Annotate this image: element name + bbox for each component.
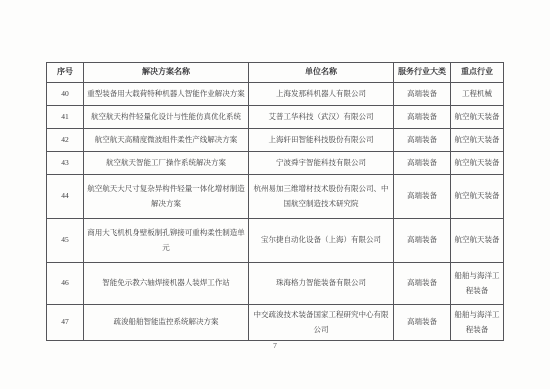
cell-no: 42 xyxy=(47,128,84,151)
cell-category: 高端装备 xyxy=(394,82,451,105)
cell-category: 高端装备 xyxy=(394,218,451,262)
table-row: 47疏浚船舶智能监控系统解决方案中交疏浚技术装备国家工程研究中心有限公司高端装备… xyxy=(47,304,504,340)
table-row: 45商用大飞机机身壁板制孔铆接可重构柔性制造单元宝尔捷自动化设备（上海）有限公司… xyxy=(47,218,504,262)
table-row: 46智能免示教六轴焊接机器人装焊工作站珠海格力智能装备有限公司高端装备船舶与海洋… xyxy=(47,262,504,304)
cell-solution: 航空航天构件轻量化设计与性能仿真优化系统 xyxy=(84,105,249,128)
cell-industry: 航空航天装备 xyxy=(451,128,504,151)
cell-solution: 商用大飞机机身壁板制孔铆接可重构柔性制造单元 xyxy=(84,218,249,262)
cell-category: 高端装备 xyxy=(394,262,451,304)
cell-no: 47 xyxy=(47,304,84,340)
cell-no: 40 xyxy=(47,82,84,105)
header-cell: 解决方案名称 xyxy=(84,63,249,83)
cell-industry: 航空航天装备 xyxy=(451,105,504,128)
cell-category: 高端装备 xyxy=(394,128,451,151)
table-row: 42航空航天高精度微波组件柔性产线解决方案上海轩田智能科技股份有限公司高端装备航… xyxy=(47,128,504,151)
document-page: 序号解决方案名称单位名称服务行业大类重点行业 40重型装备用大载荷特种机器人智能… xyxy=(0,0,550,389)
cell-unit: 上海发那科机器人有限公司 xyxy=(249,82,394,105)
cell-solution: 智能免示教六轴焊接机器人装焊工作站 xyxy=(84,262,249,304)
cell-unit: 杭州易加三维增材技术股份有限公司、中国航空制造技术研究院 xyxy=(249,174,394,218)
table-row: 40重型装备用大载荷特种机器人智能作业解决方案上海发那科机器人有限公司高端装备工… xyxy=(47,82,504,105)
cell-solution: 重型装备用大载荷特种机器人智能作业解决方案 xyxy=(84,82,249,105)
cell-unit: 宁波舜宇智能科技有限公司 xyxy=(249,151,394,174)
cell-no: 46 xyxy=(47,262,84,304)
cell-category: 高端装备 xyxy=(394,105,451,128)
cell-industry: 工程机械 xyxy=(451,82,504,105)
cell-industry: 船舶与海洋工程装备 xyxy=(451,304,504,340)
cell-category: 高端装备 xyxy=(394,304,451,340)
cell-unit: 艾普工华科技（武汉）有限公司 xyxy=(249,105,394,128)
cell-no: 43 xyxy=(47,151,84,174)
cell-industry: 航空航天装备 xyxy=(451,151,504,174)
cell-category: 高端装备 xyxy=(394,151,451,174)
page-number: 7 xyxy=(0,341,550,350)
cell-unit: 珠海格力智能装备有限公司 xyxy=(249,262,394,304)
cell-unit: 中交疏浚技术装备国家工程研究中心有限公司 xyxy=(249,304,394,340)
table-row: 41航空航天构件轻量化设计与性能仿真优化系统艾普工华科技（武汉）有限公司高端装备… xyxy=(47,105,504,128)
table-row: 43航空航天智能工厂操作系统解决方案宁波舜宇智能科技有限公司高端装备航空航天装备 xyxy=(47,151,504,174)
header-cell: 序号 xyxy=(47,63,84,83)
cell-solution: 航空航天智能工厂操作系统解决方案 xyxy=(84,151,249,174)
cell-unit: 上海轩田智能科技股份有限公司 xyxy=(249,128,394,151)
table-body: 40重型装备用大载荷特种机器人智能作业解决方案上海发那科机器人有限公司高端装备工… xyxy=(47,82,504,340)
cell-no: 41 xyxy=(47,105,84,128)
cell-solution: 航空航天大尺寸复杂异构件轻量一体化增材制造解决方案 xyxy=(84,174,249,218)
cell-solution: 航空航天高精度微波组件柔性产线解决方案 xyxy=(84,128,249,151)
header-cell: 单位名称 xyxy=(249,63,394,83)
header-cell: 重点行业 xyxy=(451,63,504,83)
cell-no: 45 xyxy=(47,218,84,262)
cell-industry: 航空航天装备 xyxy=(451,218,504,262)
table-row: 44航空航天大尺寸复杂异构件轻量一体化增材制造解决方案杭州易加三维增材技术股份有… xyxy=(47,174,504,218)
solutions-table: 序号解决方案名称单位名称服务行业大类重点行业 40重型装备用大载荷特种机器人智能… xyxy=(46,62,504,341)
cell-no: 44 xyxy=(47,174,84,218)
cell-industry: 航空航天装备 xyxy=(451,174,504,218)
cell-industry: 船舶与海洋工程装备 xyxy=(451,262,504,304)
cell-category: 高端装备 xyxy=(394,174,451,218)
header-cell: 服务行业大类 xyxy=(394,63,451,83)
table-header: 序号解决方案名称单位名称服务行业大类重点行业 xyxy=(47,63,504,83)
cell-unit: 宝尔捷自动化设备（上海）有限公司 xyxy=(249,218,394,262)
cell-solution: 疏浚船舶智能监控系统解决方案 xyxy=(84,304,249,340)
header-row: 序号解决方案名称单位名称服务行业大类重点行业 xyxy=(47,63,504,83)
